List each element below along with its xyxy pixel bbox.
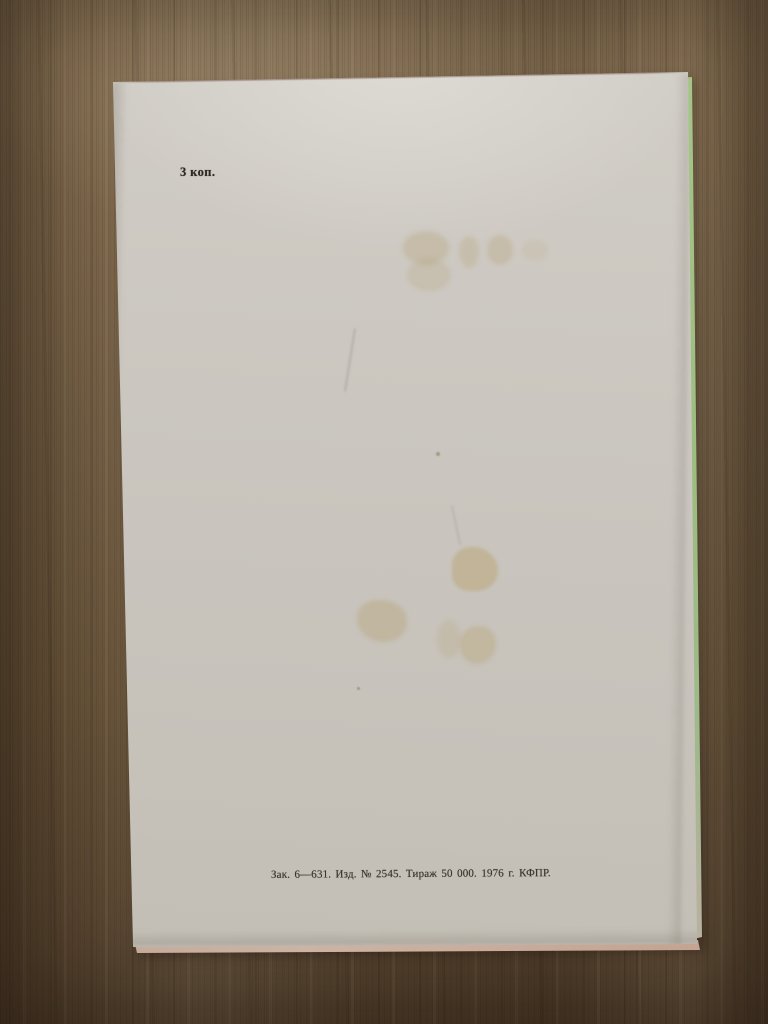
paper-speck: [436, 452, 440, 456]
paper-stain: [437, 620, 461, 658]
photo-scene: 3 коп. Зак. 6—631. Изд. № 2545. Тираж 50…: [0, 0, 768, 1024]
paper-stain: [460, 626, 496, 664]
paper-stain: [522, 240, 548, 260]
bottom-edge-shading: [130, 929, 700, 946]
paper-stain: [459, 236, 479, 268]
paper-crease: [344, 328, 356, 392]
paper-stain: [487, 235, 513, 265]
imprint-line: Зак. 6—631. Изд. № 2545. Тираж 50 000. 1…: [271, 867, 551, 882]
paper-stain: [357, 600, 407, 642]
right-edge-shading: [667, 74, 690, 946]
paper-speck: [357, 687, 360, 690]
paper-stain: [407, 259, 451, 291]
price-label: 3 коп.: [180, 166, 215, 179]
paper-crease: [451, 505, 461, 545]
paper-stain: [452, 547, 498, 591]
